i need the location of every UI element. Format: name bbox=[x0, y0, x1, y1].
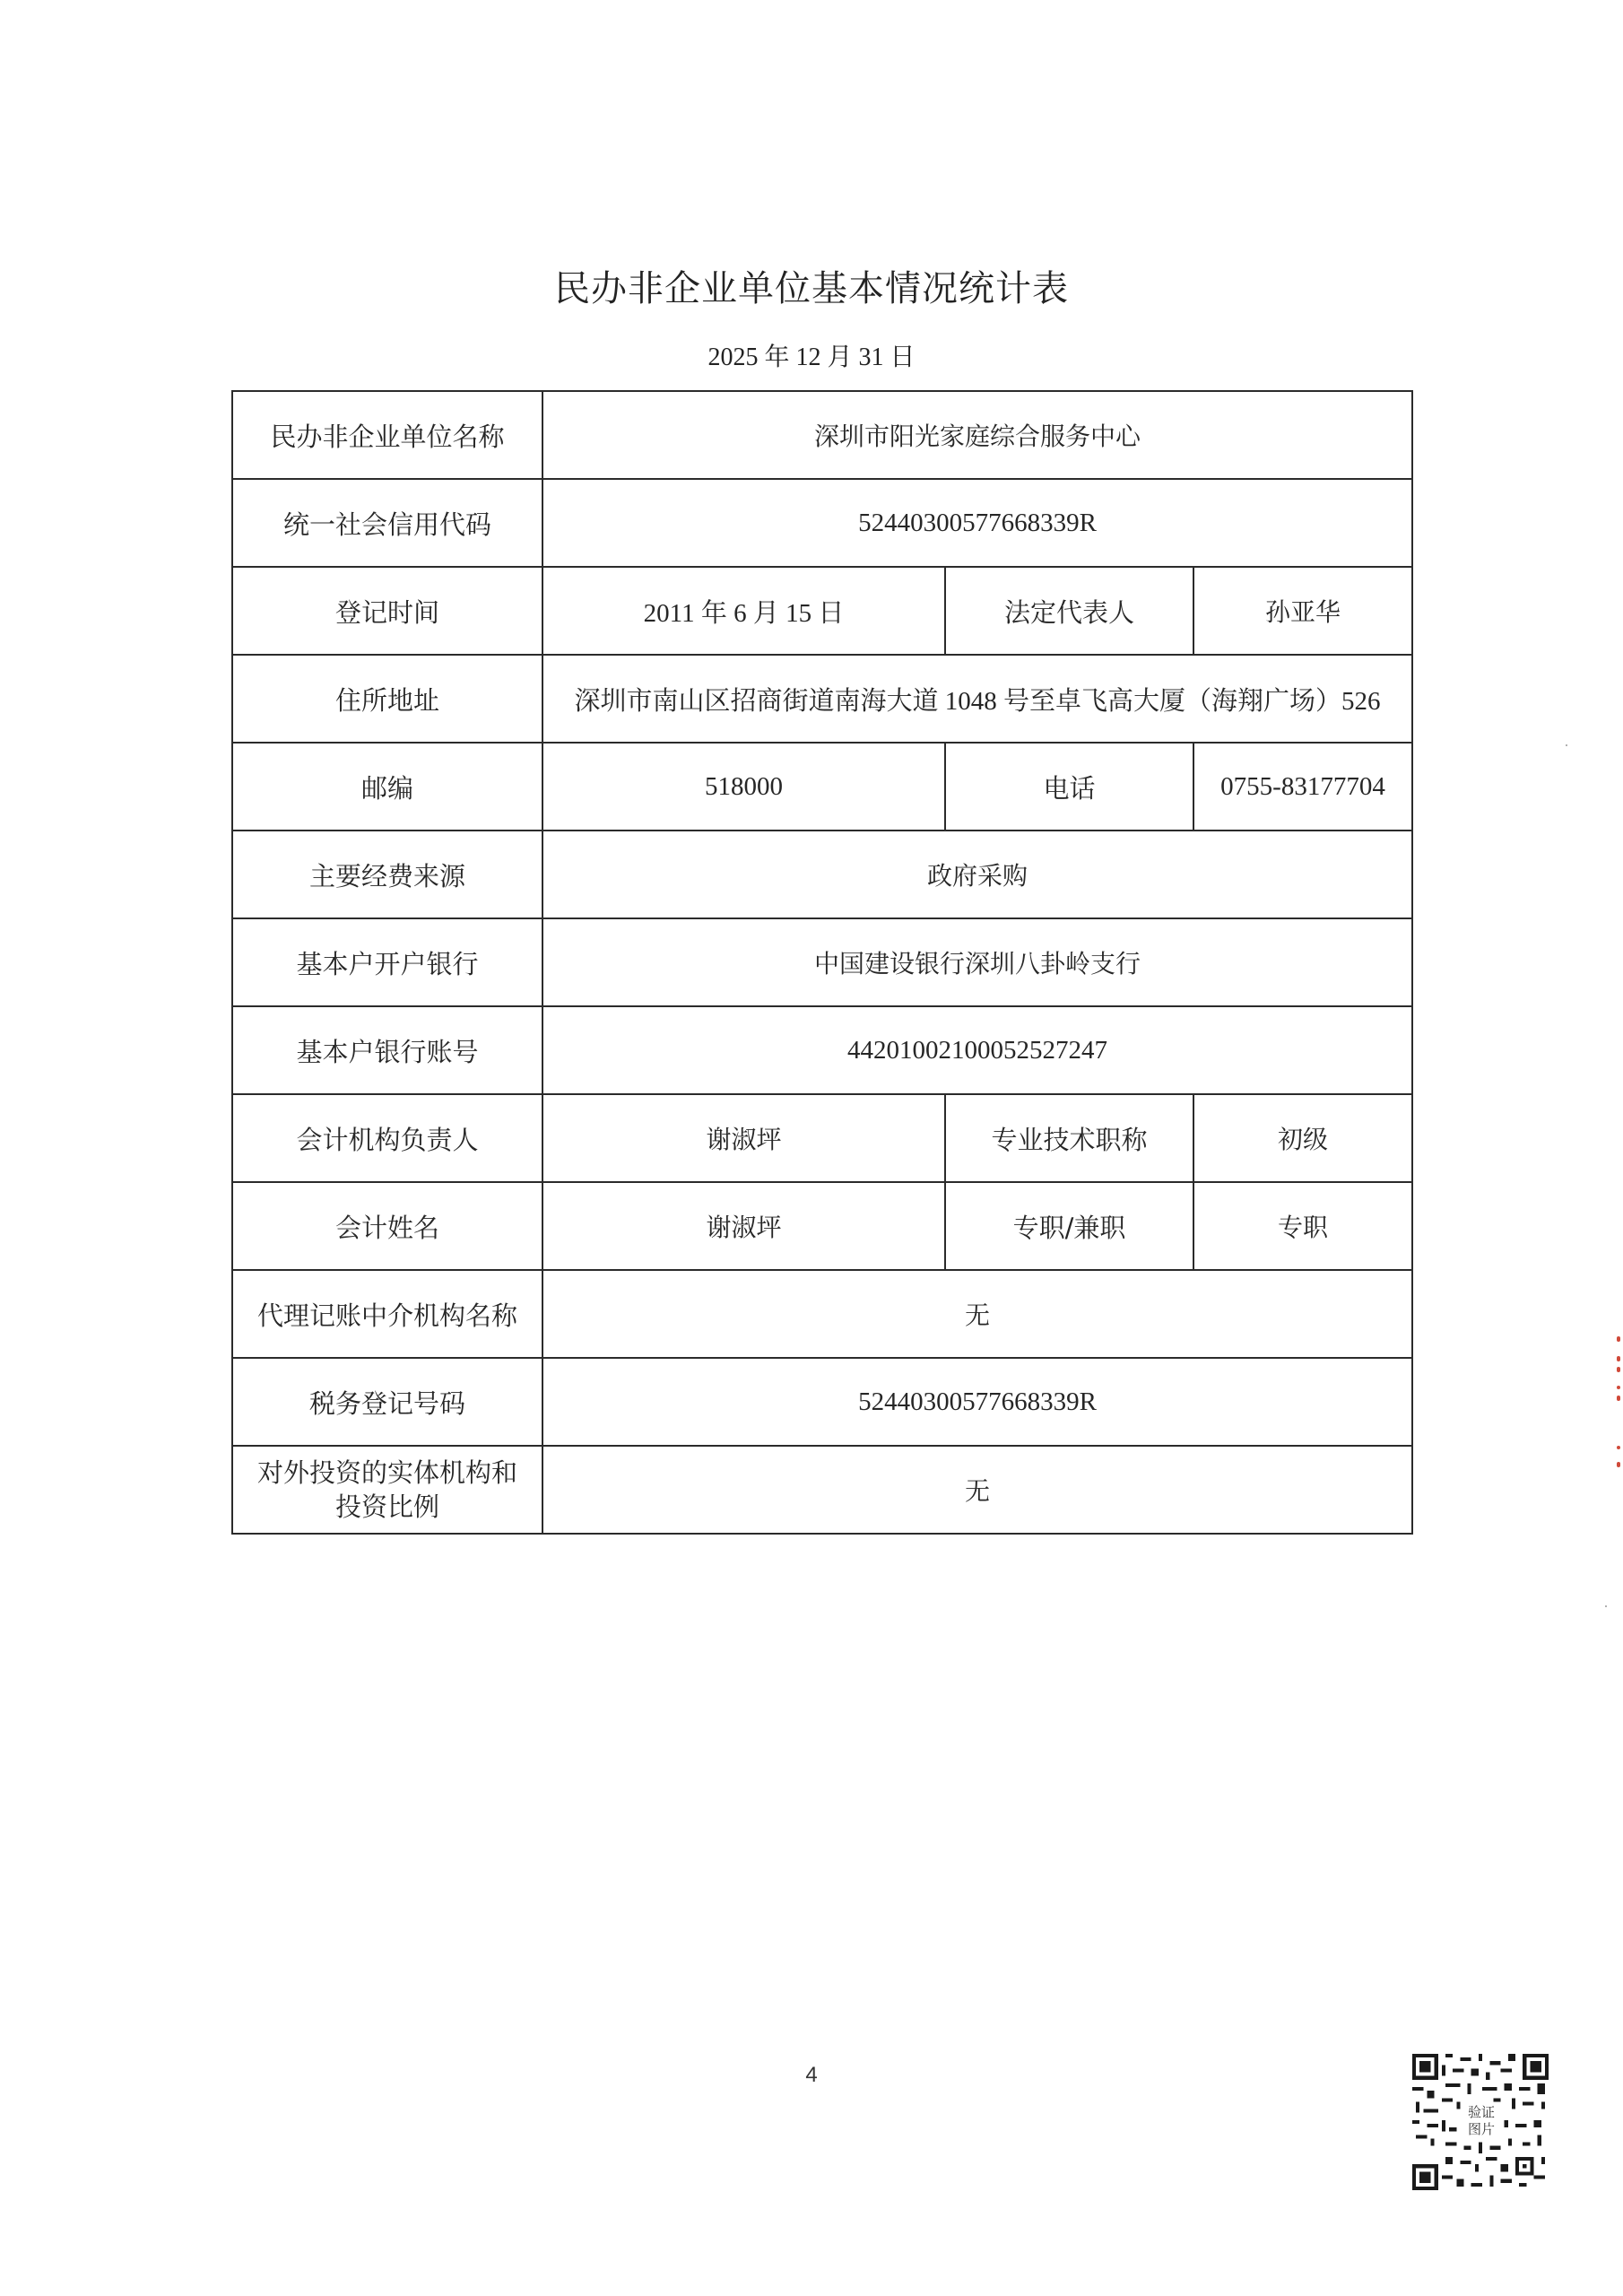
label-address: 住所地址 bbox=[232, 655, 542, 743]
document-title: 民办非企业单位基本情况统计表 bbox=[0, 260, 1623, 311]
table-row-tax-registration: 税务登记号码 52440300577668339R bbox=[232, 1358, 1412, 1446]
label-legal-representative: 法定代表人 bbox=[945, 567, 1193, 655]
value-tax-registration: 52440300577668339R bbox=[542, 1358, 1412, 1446]
value-registration-date: 2011 年 6 月 15 日 bbox=[542, 567, 945, 655]
table-row-org-name: 民办非企业单位名称 深圳市阳光家庭综合服务中心 bbox=[232, 391, 1412, 479]
report-date: 2025 年 12 月 31 日 bbox=[0, 337, 1623, 373]
label-employment-type: 专职/兼职 bbox=[945, 1182, 1193, 1270]
table-row-bookkeeping-agency: 代理记账中介机构名称 无 bbox=[232, 1270, 1412, 1358]
table-row-postcode: 邮编 518000 电话 0755-83177704 bbox=[232, 743, 1412, 831]
label-tax-registration: 税务登记号码 bbox=[232, 1358, 542, 1446]
label-accounting-head: 会计机构负责人 bbox=[232, 1094, 542, 1182]
page-number: 4 bbox=[0, 2063, 1623, 2088]
label-funding-source: 主要经费来源 bbox=[232, 831, 542, 918]
label-phone: 电话 bbox=[945, 743, 1193, 831]
value-bank-account: 44201002100052527247 bbox=[542, 1006, 1412, 1094]
table-row-registration: 登记时间 2011 年 6 月 15 日 法定代表人 孙亚华 bbox=[232, 567, 1412, 655]
label-credit-code: 统一社会信用代码 bbox=[232, 479, 542, 567]
label-accountant-name: 会计姓名 bbox=[232, 1182, 542, 1270]
value-postcode: 518000 bbox=[542, 743, 945, 831]
scan-speck bbox=[1566, 744, 1567, 746]
label-postcode: 邮编 bbox=[232, 743, 542, 831]
edge-seal-marks bbox=[1617, 1336, 1622, 1480]
table-row-bank-account: 基本户银行账号 44201002100052527247 bbox=[232, 1006, 1412, 1094]
value-org-name: 深圳市阳光家庭综合服务中心 bbox=[542, 391, 1412, 479]
scan-speck bbox=[1605, 1605, 1607, 1607]
label-registration-date: 登记时间 bbox=[232, 567, 542, 655]
value-phone: 0755-83177704 bbox=[1193, 743, 1412, 831]
table-row-accountant: 会计姓名 谢淑坪 专职/兼职 专职 bbox=[232, 1182, 1412, 1270]
value-legal-representative: 孙亚华 bbox=[1193, 567, 1412, 655]
table-row-bank: 基本户开户银行 中国建设银行深圳八卦岭支行 bbox=[232, 918, 1412, 1006]
label-bank: 基本户开户银行 bbox=[232, 918, 542, 1006]
label-org-name: 民办非企业单位名称 bbox=[232, 391, 542, 479]
value-accountant-name: 谢淑坪 bbox=[542, 1182, 945, 1270]
table-row-address: 住所地址 深圳市南山区招商街道南海大道 1048 号至卓飞高大厦（海翔广场）52… bbox=[232, 655, 1412, 743]
value-accounting-head: 谢淑坪 bbox=[542, 1094, 945, 1182]
label-external-investment: 对外投资的实体机构和投资比例 bbox=[232, 1446, 542, 1534]
table-row-accounting-head: 会计机构负责人 谢淑坪 专业技术职称 初级 bbox=[232, 1094, 1412, 1182]
value-funding-source: 政府采购 bbox=[542, 831, 1412, 918]
qr-verify-label: 验证图片 bbox=[1462, 2104, 1500, 2140]
value-bank: 中国建设银行深圳八卦岭支行 bbox=[542, 918, 1412, 1006]
value-bookkeeping-agency: 无 bbox=[542, 1270, 1412, 1358]
value-credit-code: 52440300577668339R bbox=[542, 479, 1412, 567]
table-row-external-investment: 对外投资的实体机构和投资比例 无 bbox=[232, 1446, 1412, 1534]
label-professional-title: 专业技术职称 bbox=[945, 1094, 1193, 1182]
label-bank-account: 基本户银行账号 bbox=[232, 1006, 542, 1094]
value-address: 深圳市南山区招商街道南海大道 1048 号至卓飞高大厦（海翔广场）526 bbox=[542, 655, 1412, 743]
value-professional-title: 初级 bbox=[1193, 1094, 1412, 1182]
label-bookkeeping-agency: 代理记账中介机构名称 bbox=[232, 1270, 542, 1358]
report-date-text: 2025 年 12 月 31 日 bbox=[707, 344, 915, 371]
value-employment-type: 专职 bbox=[1193, 1182, 1412, 1270]
value-external-investment: 无 bbox=[542, 1446, 1412, 1534]
table-row-credit-code: 统一社会信用代码 52440300577668339R bbox=[232, 479, 1412, 567]
basic-info-table: 民办非企业单位名称 深圳市阳光家庭综合服务中心 统一社会信用代码 5244030… bbox=[231, 390, 1413, 1535]
table-row-funding-source: 主要经费来源 政府采购 bbox=[232, 831, 1412, 918]
